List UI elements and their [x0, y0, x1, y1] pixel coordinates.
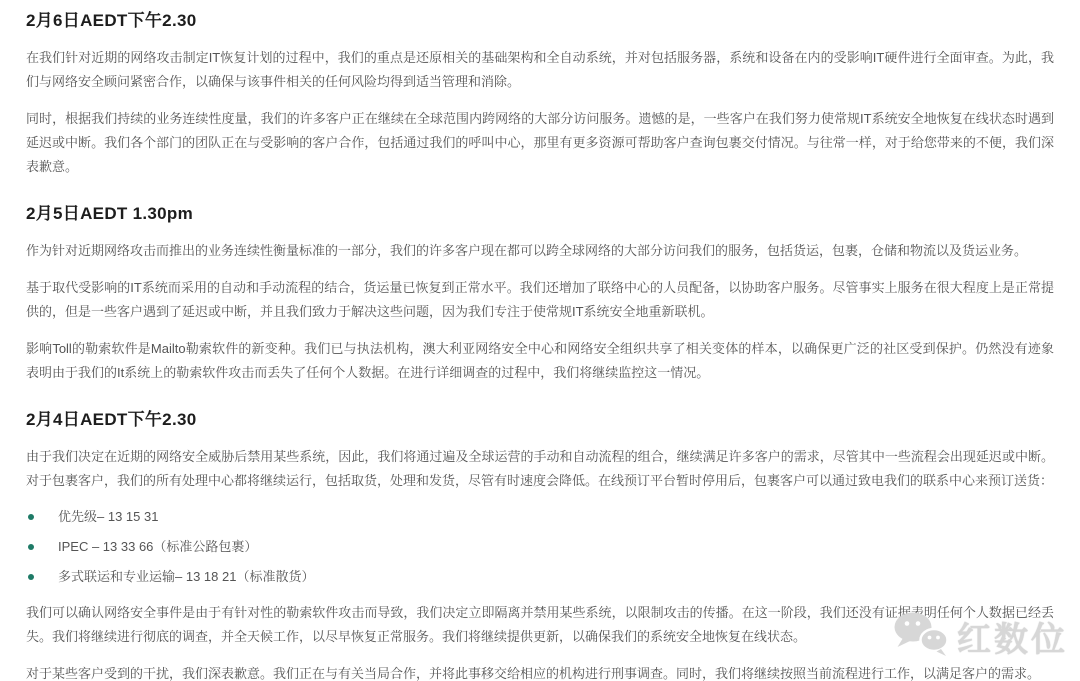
article-body: 2月6日AEDT下午2.30 在我们针对近期的网络攻击制定IT恢复计划的过程中，…: [0, 0, 1080, 681]
phone-number-list: 优先级– 13 15 31 IPEC – 13 33 66（标准公路包裹） 多式…: [26, 506, 1054, 587]
bullet-icon: [28, 574, 34, 580]
paragraph: 影响Toll的勒索软件是Mailto勒索软件的新变种。我们已与执法机构，澳大利亚…: [26, 337, 1054, 385]
section-feb-6: 2月6日AEDT下午2.30 在我们针对近期的网络攻击制定IT恢复计划的过程中，…: [26, 10, 1054, 179]
paragraph: 我们可以确认网络安全事件是由于有针对性的勒索软件攻击而导致，我们决定立即隔离并禁…: [26, 601, 1054, 649]
paragraph: 对于某些客户受到的干扰，我们深表歉意。我们正在与有关当局合作，并将此事移交给相应…: [26, 662, 1054, 681]
list-item: 多式联运和专业运输– 13 18 21（标准散货）: [26, 566, 1054, 587]
section-feb-5: 2月5日AEDT 1.30pm 作为针对近期网络攻击而推出的业务连续性衡量标准的…: [26, 203, 1054, 385]
section-feb-4: 2月4日AEDT下午2.30 由于我们决定在近期的网络安全威胁后禁用某些系统，因…: [26, 409, 1054, 681]
paragraph: 基于取代受影响的IT系统而采用的自动和手动流程的结合，货运量已恢复到正常水平。我…: [26, 276, 1054, 324]
list-item: 优先级– 13 15 31: [26, 506, 1054, 527]
bullet-icon: [28, 514, 34, 520]
paragraph: 同时，根据我们持续的业务连续性度量，我们的许多客户正在继续在全球范围内跨网络的大…: [26, 107, 1054, 179]
paragraph: 由于我们决定在近期的网络安全威胁后禁用某些系统，因此，我们将通过遍及全球运营的手…: [26, 445, 1054, 493]
paragraph: 在我们针对近期的网络攻击制定IT恢复计划的过程中，我们的重点是还原相关的基础架构…: [26, 46, 1054, 94]
list-item-label: 优先级– 13 15 31: [58, 509, 158, 524]
section-heading: 2月4日AEDT下午2.30: [26, 409, 1054, 431]
section-heading: 2月5日AEDT 1.30pm: [26, 203, 1054, 225]
paragraph: 作为针对近期网络攻击而推出的业务连续性衡量标准的一部分，我们的许多客户现在都可以…: [26, 239, 1054, 263]
list-item-label: IPEC – 13 33 66（标准公路包裹）: [58, 539, 257, 554]
section-heading: 2月6日AEDT下午2.30: [26, 10, 1054, 32]
list-item-label: 多式联运和专业运输– 13 18 21（标准散货）: [58, 569, 314, 584]
list-item: IPEC – 13 33 66（标准公路包裹）: [26, 536, 1054, 557]
bullet-icon: [28, 544, 34, 550]
